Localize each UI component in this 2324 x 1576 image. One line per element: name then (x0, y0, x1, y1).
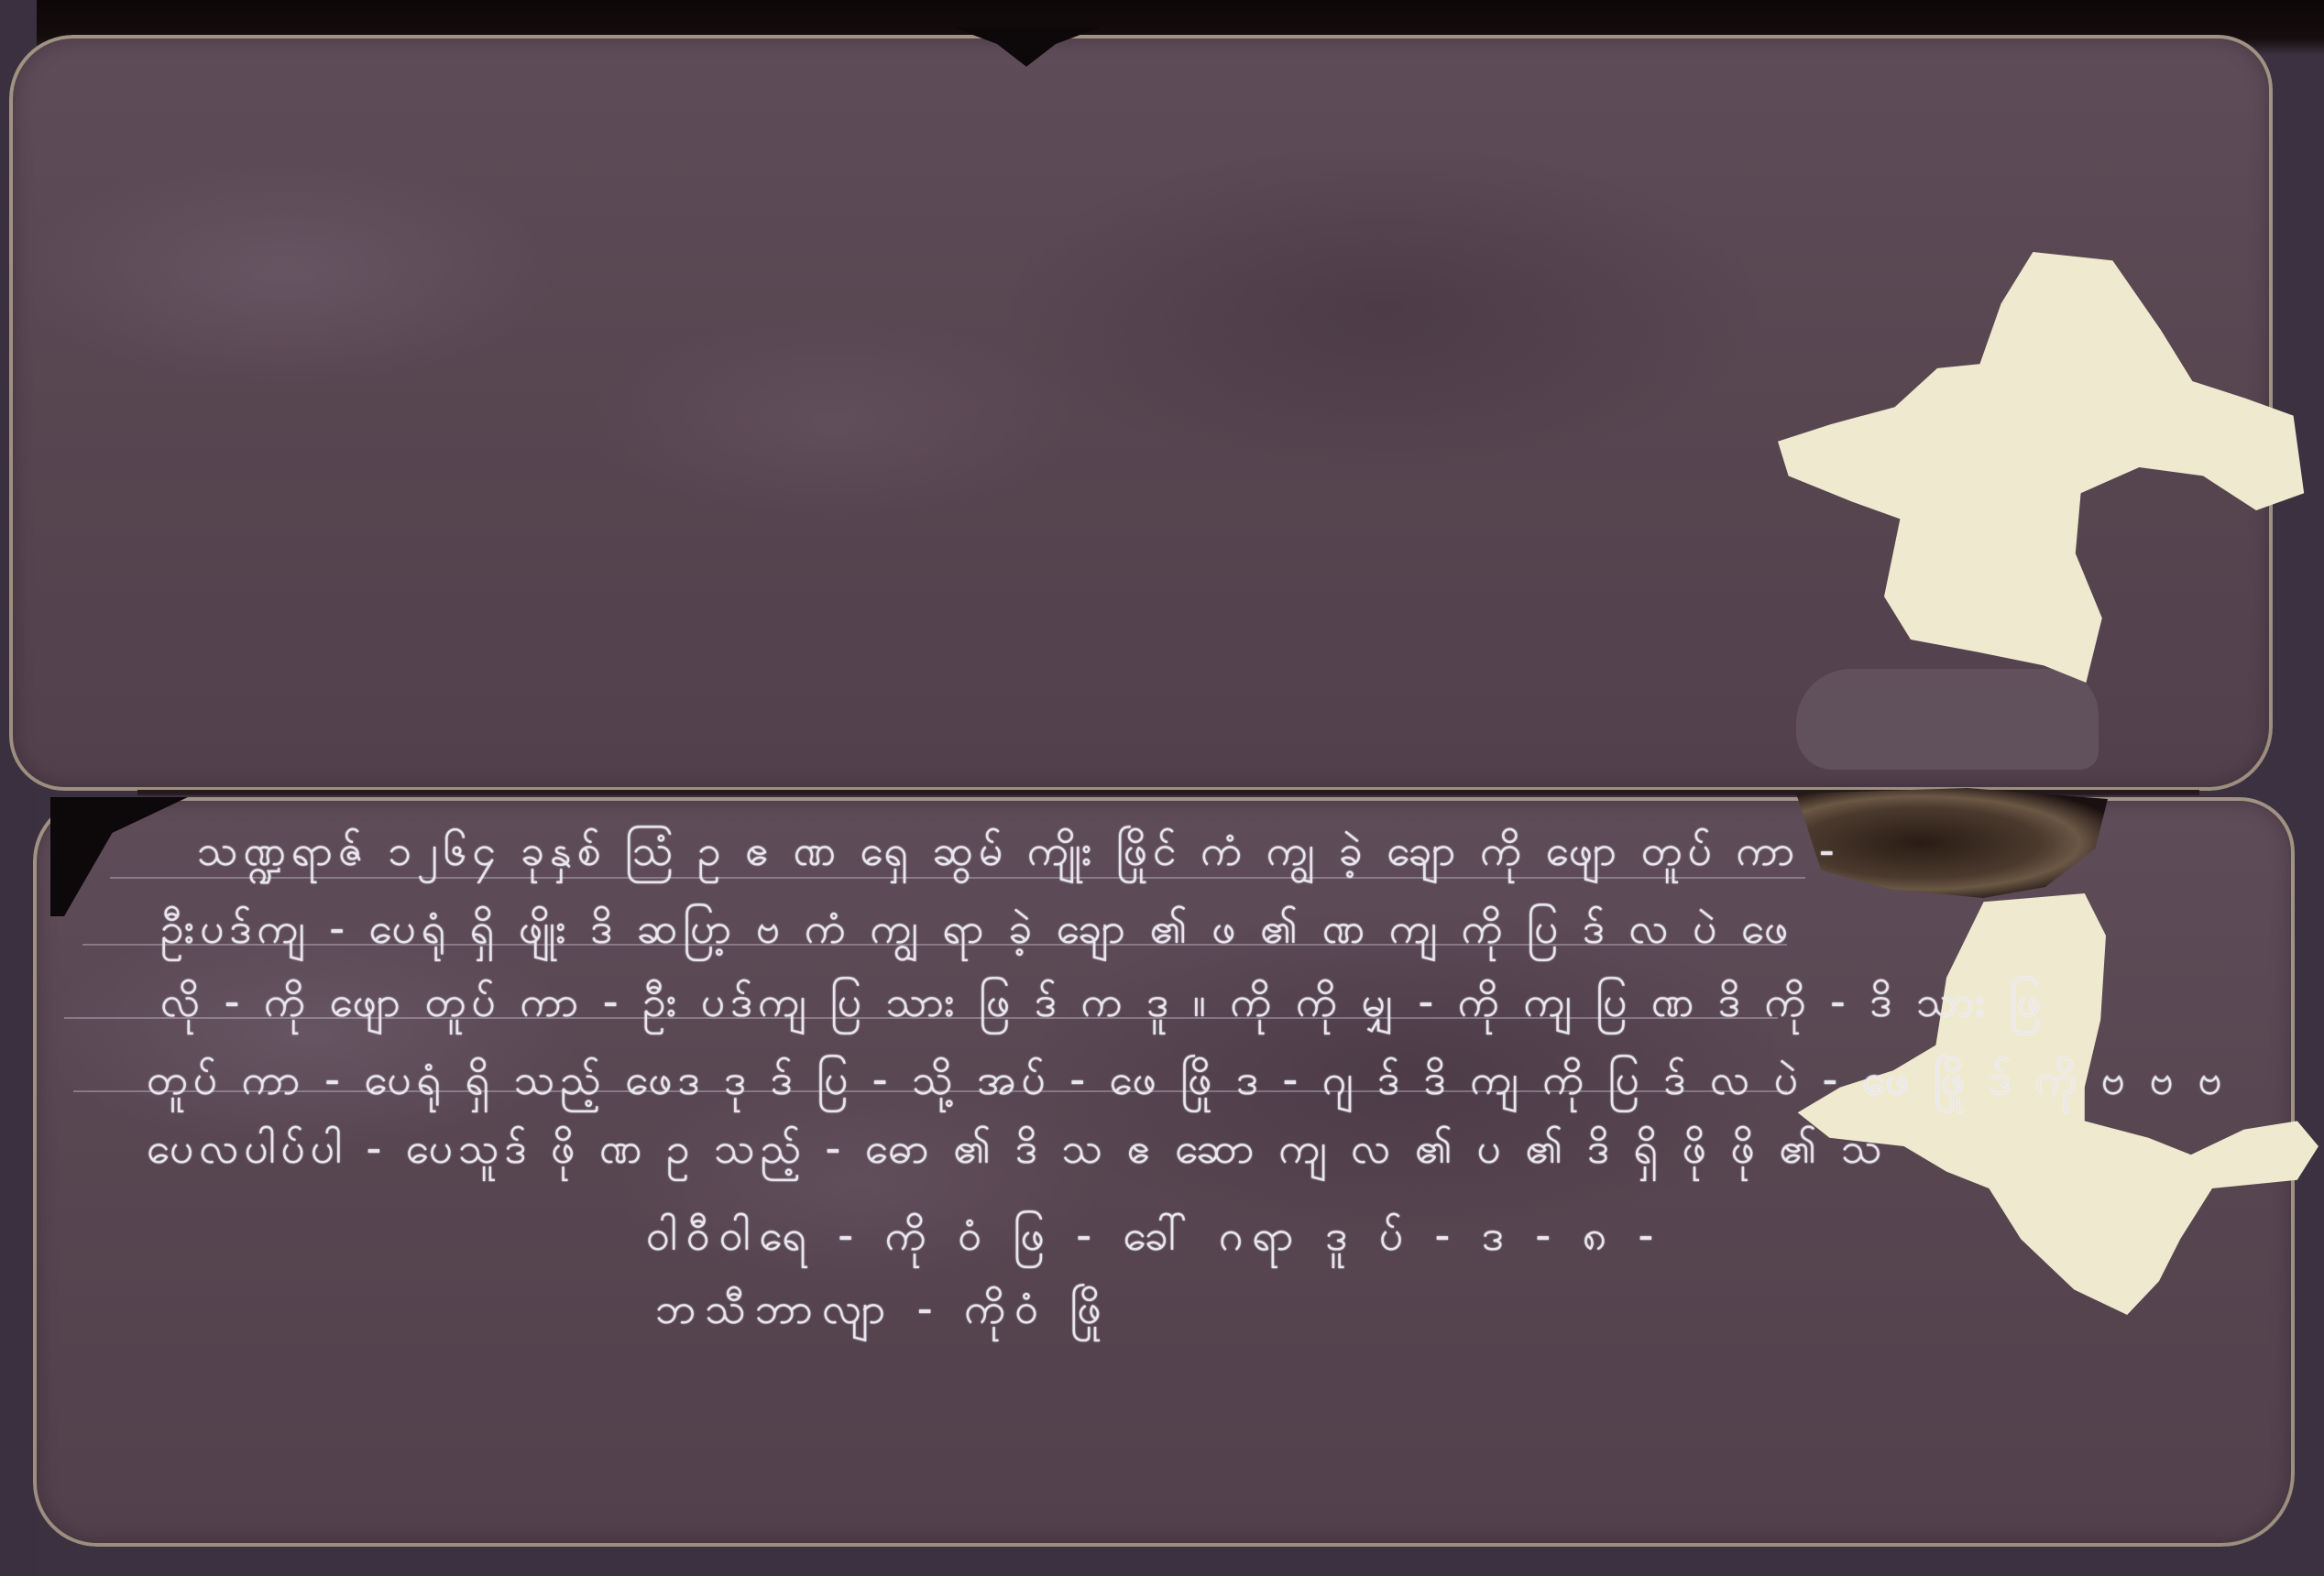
ruled-line (82, 944, 1787, 946)
ruled-line (110, 877, 1805, 879)
ruled-line (73, 1090, 1787, 1092)
ruled-line (64, 1017, 1778, 1019)
upper-stain (1796, 669, 2099, 770)
